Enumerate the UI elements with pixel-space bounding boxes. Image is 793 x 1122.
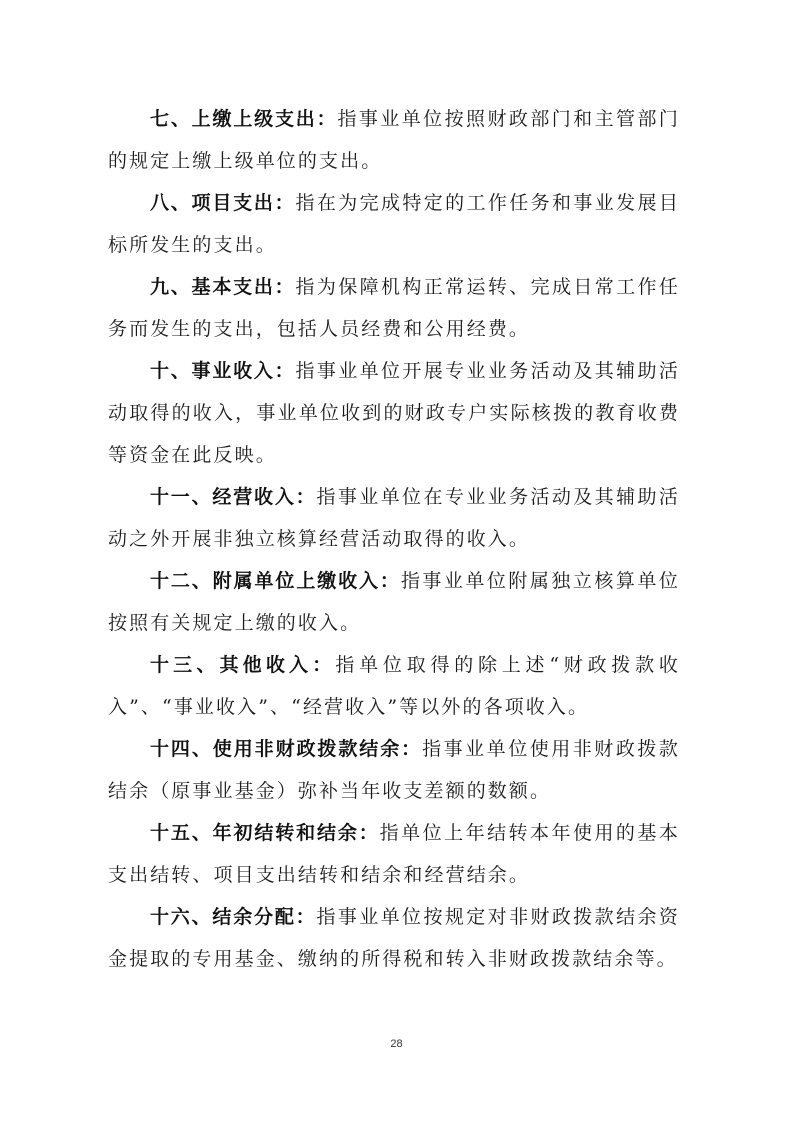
- document-body: 七、上缴上级支出：指事业单位按照财政部门和主管部门的规定上缴上级单位的支出。 八…: [108, 98, 680, 980]
- term-heading: 十、事业收入：: [150, 360, 295, 382]
- paragraph-14: 十四、使用非财政拨款结余：指事业单位使用非财政拨款结余（原事业基金）弥补当年收支…: [108, 728, 680, 812]
- term-heading: 十六、结余分配：: [150, 906, 316, 928]
- term-heading: 九、基本支出：: [150, 276, 295, 298]
- page-number: 28: [0, 1038, 793, 1050]
- paragraph-8: 八、项目支出：指在为完成特定的工作任务和事业发展目标所发生的支出。: [108, 182, 680, 266]
- paragraph-7: 七、上缴上级支出：指事业单位按照财政部门和主管部门的规定上缴上级单位的支出。: [108, 98, 680, 182]
- term-heading: 七、上缴上级支出：: [150, 108, 337, 130]
- term-heading: 八、项目支出：: [150, 192, 295, 214]
- term-heading: 十五、年初结转和结余：: [150, 822, 380, 844]
- term-heading: 十三、其他收入：: [150, 654, 335, 676]
- paragraph-11: 十一、经营收入：指事业单位在专业业务活动及其辅助活动之外开展非独立核算经营活动取…: [108, 476, 680, 560]
- paragraph-12: 十二、附属单位上缴收入：指事业单位附属独立核算单位按照有关规定上缴的收入。: [108, 560, 680, 644]
- term-heading: 十二、附属单位上缴收入：: [150, 570, 401, 592]
- paragraph-13: 十三、其他收入：指单位取得的除上述“财政拨款收入”、“事业收入”、“经营收入”等…: [108, 644, 680, 728]
- paragraph-9: 九、基本支出：指为保障机构正常运转、完成日常工作任务而发生的支出，包括人员经费和…: [108, 266, 680, 350]
- term-heading: 十一、经营收入：: [150, 486, 316, 508]
- paragraph-10: 十、事业收入：指事业单位开展专业业务活动及其辅助活动取得的收入，事业单位收到的财…: [108, 350, 680, 476]
- term-heading: 十四、使用非财政拨款结余：: [150, 738, 422, 760]
- paragraph-16: 十六、结余分配：指事业单位按规定对非财政拨款结余资金提取的专用基金、缴纳的所得税…: [108, 896, 680, 980]
- paragraph-15: 十五、年初结转和结余：指单位上年结转本年使用的基本支出结转、项目支出结转和结余和…: [108, 812, 680, 896]
